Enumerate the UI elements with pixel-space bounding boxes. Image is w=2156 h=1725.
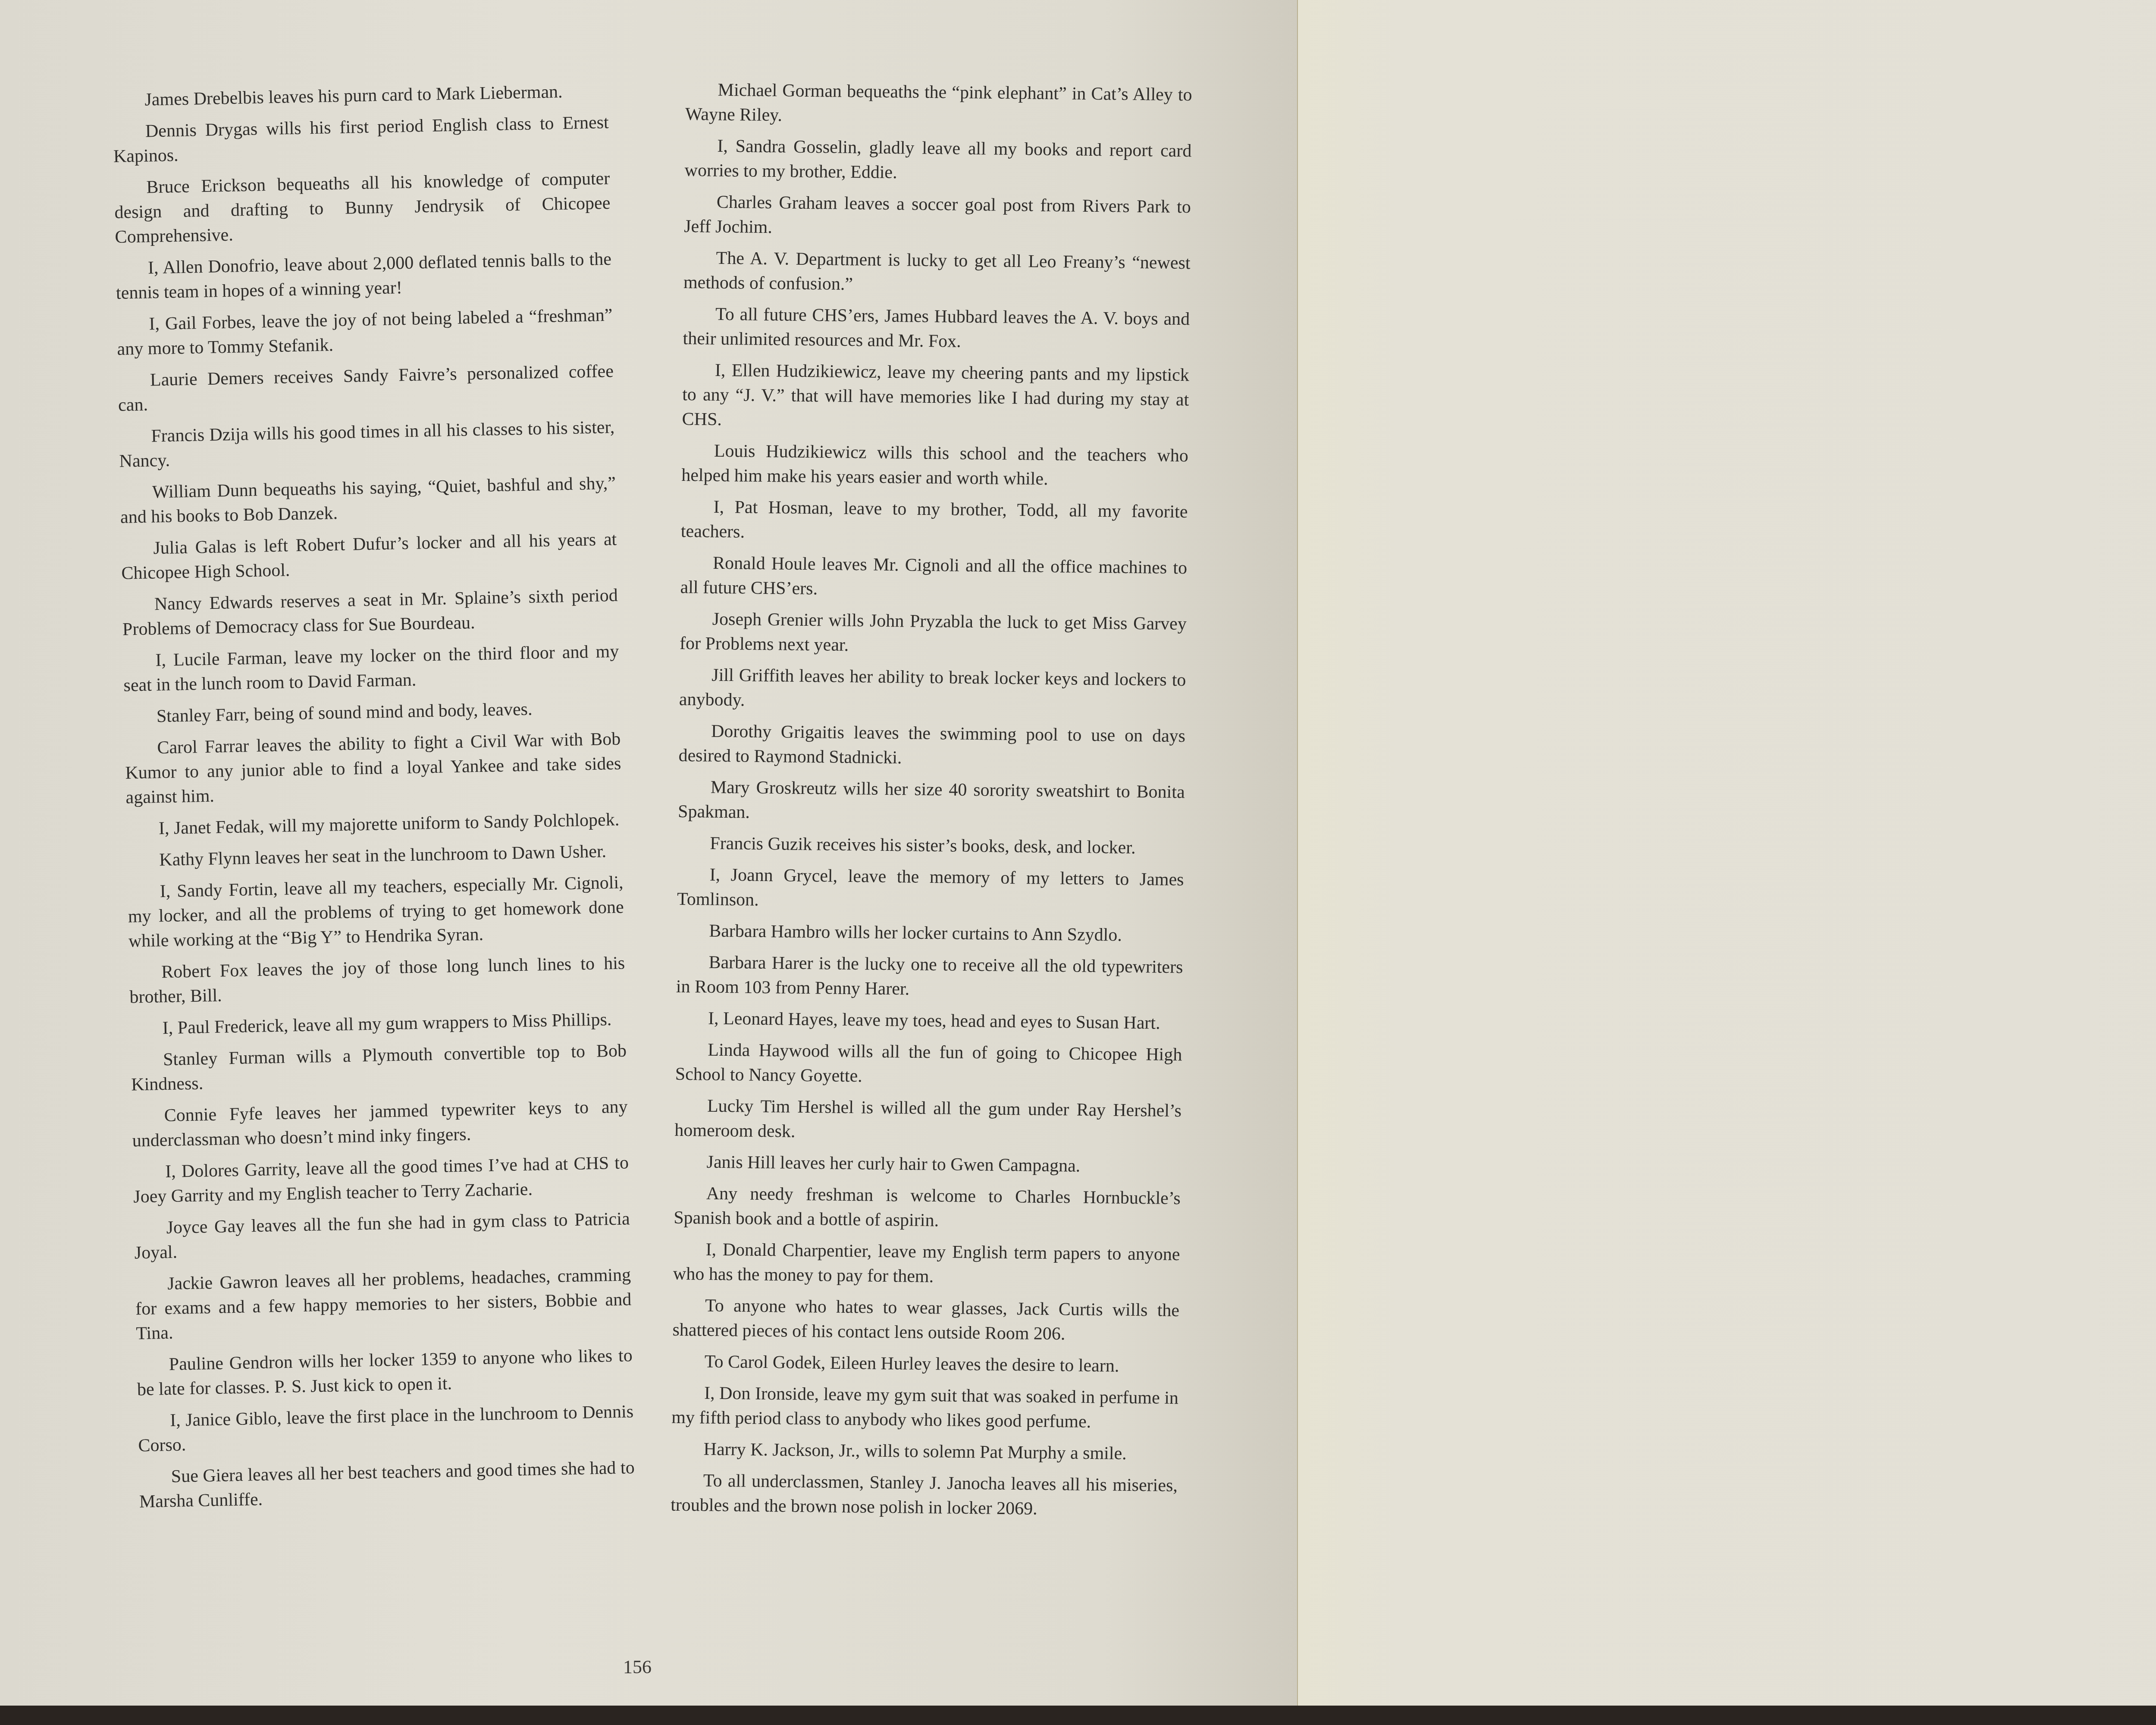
will-entry: James Drebelbis leaves his purn card to … [112,79,608,113]
will-entry: Sue Giera leaves all her best teachers a… [138,1455,635,1514]
will-entry: To Carol Godek, Eileen Hurley leaves the… [672,1349,1179,1379]
will-entry: Julia Galas is left Robert Dufur’s locke… [121,527,617,586]
will-entry: I, Lucile Farman, leave my locker on the… [123,640,620,698]
will-entry: Lucky Tim Hershel is willed all the gum … [674,1094,1181,1148]
will-entry: Joyce Gay leaves all the fun she had in … [134,1207,630,1265]
will-entry: Kathy Flynn leaves her seat in the lunch… [127,839,623,873]
will-entry: I, Pat Hosman, leave to my brother, Todd… [681,495,1188,549]
will-entry: Stanley Furman wills a Plymouth converti… [131,1039,627,1098]
will-entry: Stanley Farr, being of sound mind and bo… [124,696,620,730]
will-entry: Nancy Edwards reserves a seat in Mr. Spl… [122,583,618,642]
will-entry: I, Allen Donofrio, leave about 2,000 def… [115,247,612,306]
will-entry: Harry K. Jackson, Jr., wills to solemn P… [671,1437,1178,1467]
will-entry: I, Gail Forbes, leave the joy of not bei… [116,303,613,362]
will-entry: To all future CHS’ers, James Hubbard lea… [683,302,1190,356]
will-entry: Laurie Demers receives Sandy Faivre’s pe… [117,359,614,418]
right-page: I, Stanley Jasiewicz, leave the leftover… [1298,0,2156,1706]
will-entry: Mary Groskreutz wills her size 40 sorori… [678,775,1185,829]
book-spread: James Drebelbis leaves his purn card to … [0,0,2156,1706]
will-entry: Connie Fyfe leaves her jammed typewriter… [132,1095,628,1153]
will-entry: The A. V. Department is lucky to get all… [683,246,1191,300]
will-entry: I, Dolores Garrity, leave all the good t… [133,1151,630,1209]
will-entry: I, Paul Frederick, leave all my gum wrap… [130,1007,626,1041]
will-entry: Francis Dzija wills his good times in al… [119,415,615,474]
will-entry: Jackie Gawron leaves all her problems, h… [135,1263,632,1346]
left-page: James Drebelbis leaves his purn card to … [0,0,1298,1706]
will-entry: Francis Guzik receives his sister’s book… [677,831,1185,861]
will-entry: Dorothy Grigaitis leaves the swimming po… [678,719,1185,773]
will-entry: Carol Farrar leaves the ability to fight… [125,727,622,810]
will-entry: I, Donald Charpentier, leave my English … [673,1237,1180,1292]
will-entry: Pauline Gendron wills her locker 1359 to… [136,1343,633,1402]
will-entry: William Dunn bequeaths his saying, “Quie… [119,471,616,530]
will-entry: Any needy freshman is welcome to Charles… [674,1181,1181,1236]
will-entry: Janis Hill leaves her curly hair to Gwen… [674,1150,1181,1179]
will-entry: Bruce Erickson bequeaths all his knowled… [114,166,611,250]
will-entry: Dennis Drygas wills his first period Eng… [113,110,609,169]
will-entry: I, Sandra Gosselin, gladly leave all my … [684,134,1191,188]
will-entry: To all underclassmen, Stanley J. Janocha… [671,1468,1178,1523]
will-entry: I, Janet Fedak, will my majorette unifor… [126,808,622,842]
will-entry: I, Leonard Hayes, leave my toes, head an… [676,1006,1183,1036]
will-entry: Ronald Houle leaves Mr. Cignoli and all … [680,551,1187,605]
will-entry: To anyone who hates to wear glasses, Jac… [672,1293,1179,1348]
will-entry: Robert Fox leaves the joy of those long … [129,951,626,1010]
column-1: James Drebelbis leaves his purn card to … [112,79,636,1521]
will-entry: I, Sandy Fortin, leave all my teachers, … [127,871,624,954]
will-entry: Jill Griffith leaves her ability to brea… [679,663,1186,717]
will-entry: I, Joann Grycel, leave the memory of my … [677,862,1184,917]
column-2: Michael Gorman bequeaths the “pink eleph… [671,78,1192,1530]
will-entry: Barbara Harer is the lucky one to receiv… [676,950,1183,1004]
will-entry: I, Janice Giblo, leave the first place i… [138,1399,634,1458]
will-entry: Linda Haywood wills all the fun of going… [675,1038,1182,1092]
will-entry: Michael Gorman bequeaths the “pink eleph… [685,78,1192,132]
will-entry: Charles Graham leaves a soccer goal post… [684,190,1191,244]
will-entry: I, Ellen Hudzikiewicz, leave my cheering… [682,358,1189,437]
will-entry: Joseph Grenier wills John Pryzabla the l… [680,607,1187,661]
page-number-left: 156 [623,1656,652,1678]
will-entry: I, Don Ironside, leave my gym suit that … [671,1381,1178,1435]
will-entry: Barbara Hambro wills her locker curtains… [677,919,1184,948]
will-entry: Louis Hudzikiewicz wills this school and… [681,439,1188,493]
